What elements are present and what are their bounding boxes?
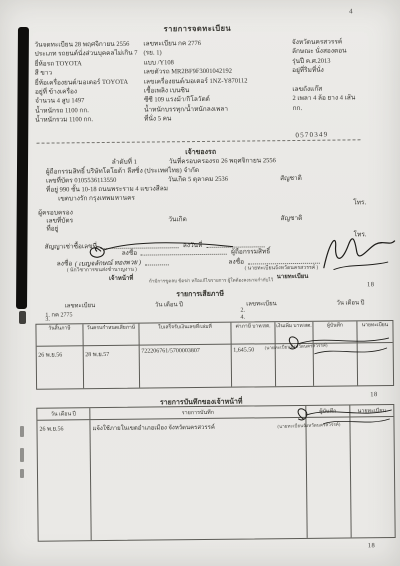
tax-col-header: ใบเสร็จรับเงินเลขที่/เล่มที่ <box>138 323 230 346</box>
tax-cell-receipt-number: 722206761/5700003807 <box>139 345 231 388</box>
signature-scribble-records-row <box>289 401 397 430</box>
records-col-header: วัน เดือน ปี <box>37 408 89 421</box>
tax-col-header: ค่าภาษี บาท/สต. <box>230 322 274 344</box>
reg-empty <box>293 111 366 121</box>
registration-details: วันจดทะเบียน 28 พฤศจิกายน 2556 เลขทะเบีย… <box>34 36 365 124</box>
owner-sequence: ลำดับที่ 1 <box>112 157 137 166</box>
document-serial-number: 0570349 <box>295 130 328 139</box>
signature-scribble-registrar <box>315 229 397 274</box>
records-cell-note: แจ้งใช้ภายในเขตอำเภอเมือง จังหวัดนครสวรร… <box>89 418 306 540</box>
page-number-top: 4 <box>349 7 353 15</box>
owner-section: เจ้าของรถ ลำดับที่ 1 วันที่ครอบครองรถ 26… <box>36 145 366 148</box>
registration-title: รายการจดทะเบียน <box>0 21 397 37</box>
dashed-separator <box>37 139 361 143</box>
signature-scribble-tax-row <box>283 331 395 362</box>
records-cell-date: 26 พ.ย.56 <box>37 420 90 541</box>
records-cell-registrar <box>349 417 394 537</box>
fill-line <box>144 257 168 265</box>
signature-scribble-holder <box>85 238 237 260</box>
records-cell-recorder <box>305 417 350 537</box>
reg-gross-weight: น้ำหนักรวม 1100 กก. <box>35 114 144 125</box>
scanned-registration-page: 4 รายการจดทะเบียน วันจดทะเบียน 28 พฤศจิก… <box>0 0 400 566</box>
tax-cell-expiry-date: 26 พ.ย.56 <box>37 346 83 388</box>
holder-role-label: ผู้ถือกรรมสิทธิ์ <box>231 246 270 255</box>
tax-cell-due-date: 28 พ.ย.57 <box>83 346 139 389</box>
tax-col-header: วันครบกำหนดเสียภาษี <box>82 324 138 347</box>
tax-col-header: วันสิ้นภาษี <box>36 324 82 346</box>
margin-page-number: 18 <box>368 542 376 549</box>
reg-seats: ที่นั่ง 5 คน <box>144 112 293 123</box>
document-content: 4 รายการจดทะเบียน วันจดทะเบียน 28 พฤศจิก… <box>0 0 400 566</box>
